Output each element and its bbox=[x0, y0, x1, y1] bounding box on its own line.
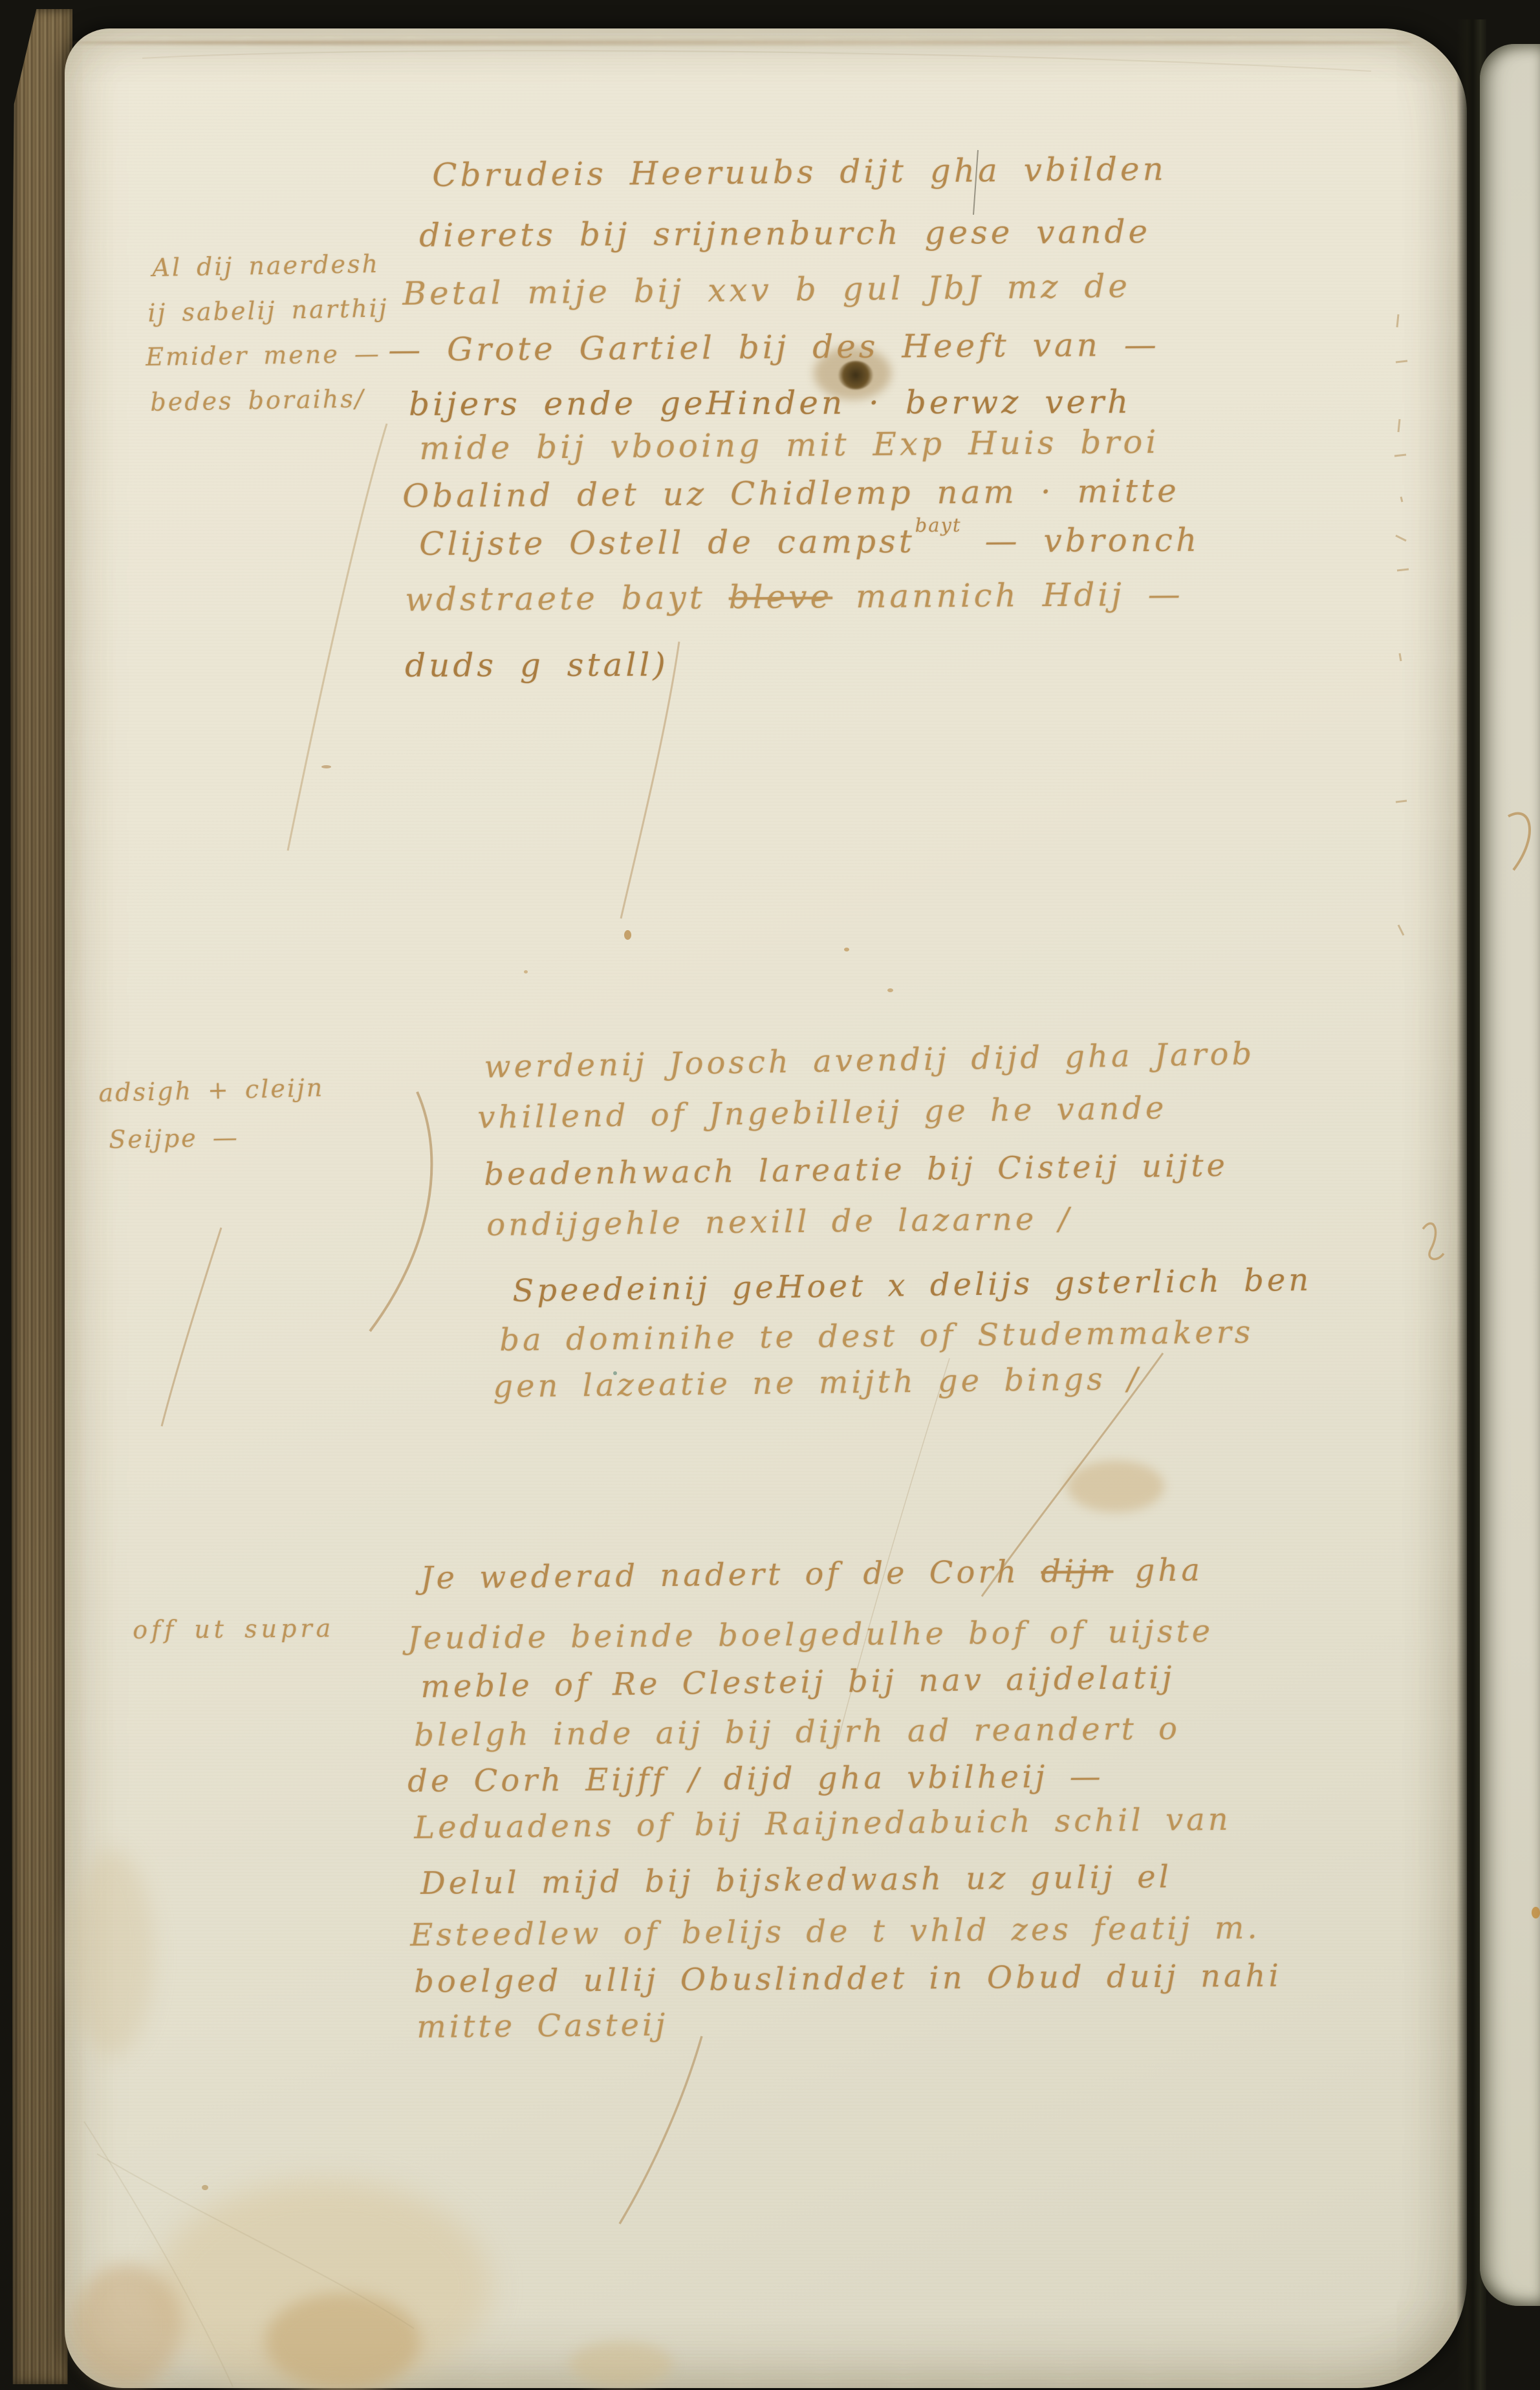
next-page-sliver bbox=[1480, 44, 1540, 2306]
fore-edge-page-stack bbox=[10, 9, 72, 2384]
paper-texture-overlay bbox=[65, 28, 1467, 2388]
scan-background: Al dij naerdesh ij sabelij narthij Emide… bbox=[0, 0, 1540, 2390]
manuscript-page bbox=[65, 28, 1467, 2388]
page-top-crease bbox=[67, 40, 1413, 45]
